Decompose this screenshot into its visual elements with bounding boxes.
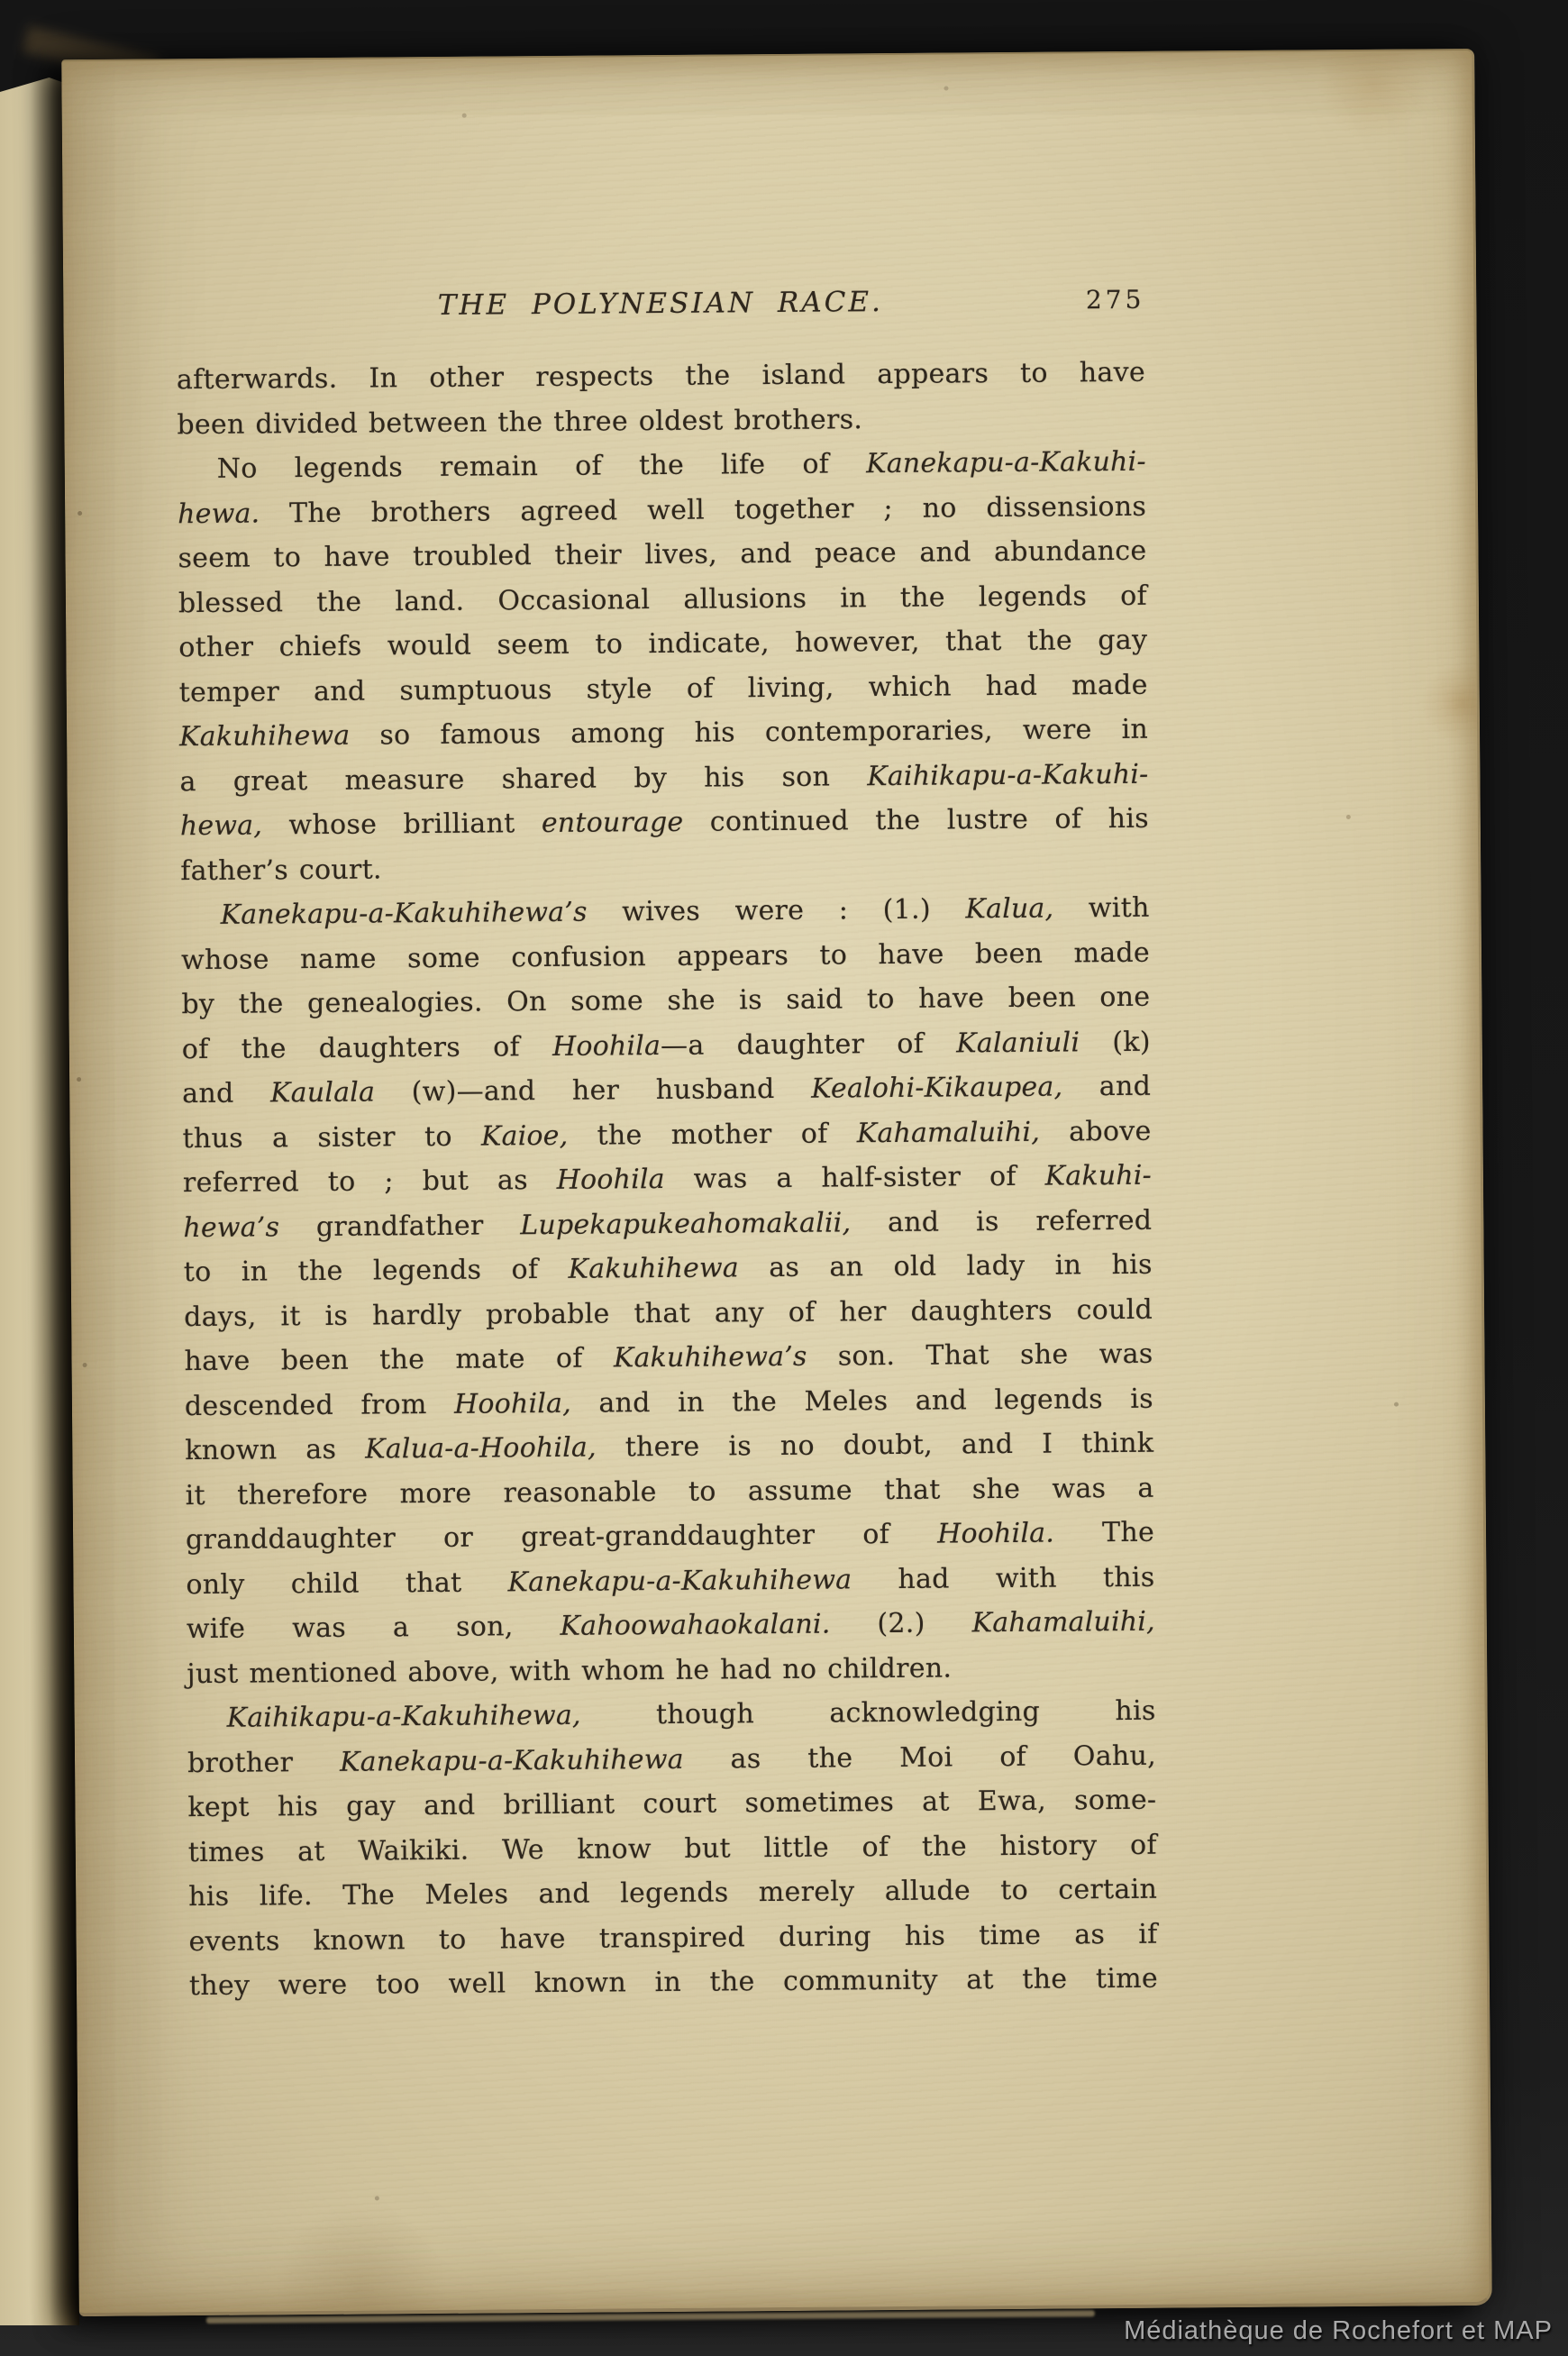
italic-text-segment: Hoohila <box>552 1030 661 1063</box>
italic-text-segment: Kealohi-Kikaupea, <box>811 1072 1062 1105</box>
text-line: hewa, whose brilliant entourage continue… <box>180 797 1149 849</box>
watermark-credit: Médiathèque de Rochefort et MAP <box>1124 2316 1553 2346</box>
text-segment: and <box>182 1077 270 1110</box>
text-segment: by the genealogies. On some she is said … <box>181 982 1150 1020</box>
text-segment: though acknowledging his <box>581 1695 1156 1731</box>
text-line: Kakuhihewa so famous among his contempor… <box>179 708 1148 760</box>
text-segment: it therefore more reasonable to assume t… <box>186 1472 1154 1511</box>
italic-text-segment: Hoohila, <box>454 1387 571 1420</box>
text-line: No legends remain of the life of Kanekap… <box>178 440 1146 492</box>
text-segment: other chiefs would seem to indicate, how… <box>178 625 1147 663</box>
italic-text-segment: Kaulala <box>270 1076 375 1109</box>
text-line: temper and sumptuous style of living, wh… <box>179 662 1148 715</box>
text-segment: above <box>1040 1115 1152 1147</box>
text-line: thus a sister to Kaioe, the mother of Ka… <box>182 1109 1151 1161</box>
text-segment: they were too well known in the communit… <box>189 1963 1158 2002</box>
text-segment: times at Waikiki. We know but little of … <box>188 1829 1157 1867</box>
italic-text-segment: Kahamaluihi, <box>857 1116 1040 1149</box>
italic-text-segment: Kalua, <box>965 893 1053 926</box>
text-line: known as Kalua-a-Hoohila, there is no do… <box>185 1421 1153 1474</box>
text-segment: seem to have troubled their lives, and p… <box>178 535 1146 574</box>
text-line: times at Waikiki. We know but little of … <box>188 1822 1157 1875</box>
text-segment: known as <box>185 1434 365 1467</box>
text-segment: days, it is hardly probable that any of … <box>184 1293 1153 1332</box>
text-segment: (2.) <box>830 1607 971 1639</box>
page-number: 275 <box>1086 285 1145 315</box>
text-segment: —a daughter of <box>661 1027 956 1062</box>
text-line: a great measure shared by his son Kaihik… <box>179 752 1148 804</box>
italic-text-segment: Kakuhihewa <box>179 720 351 753</box>
text-segment: as the Moi of Oahu, <box>684 1740 1157 1775</box>
text-segment: afterwards. In other respects the island… <box>177 357 1145 396</box>
text-line: afterwards. In other respects the island… <box>177 351 1145 403</box>
book-page: THE POLYNESIAN RACE. 275 afterwards. In … <box>61 49 1492 2316</box>
italic-text-segment: entourage <box>542 807 684 839</box>
text-line: by the genealogies. On some she is said … <box>181 975 1150 1027</box>
text-line: of the daughters of Hoohila—a daughter o… <box>182 1019 1151 1072</box>
text-line: other chiefs would seem to indicate, how… <box>178 618 1147 671</box>
text-line: only child that Kanekapu-a-Kakuhihewa ha… <box>186 1555 1154 1607</box>
text-segment: granddaughter or great-granddaughter of <box>186 1519 937 1557</box>
text-segment: so famous among his contemporaries, were… <box>350 714 1148 752</box>
text-line: hewa’s grandfather Lupekapukeahomakalii,… <box>183 1198 1152 1250</box>
italic-text-segment: Hoohila <box>557 1164 665 1196</box>
text-segment: the mother of <box>568 1118 857 1152</box>
text-segment: temper and sumptuous style of living, wh… <box>179 669 1148 708</box>
text-segment: thus a sister to <box>182 1120 481 1155</box>
text-segment: a great measure shared by his son <box>179 761 867 798</box>
italic-text-segment: Lupekapukeahomakalii, <box>520 1207 851 1241</box>
text-segment: have been the mate of <box>184 1342 614 1377</box>
page-title: THE POLYNESIAN RACE. <box>176 280 1144 327</box>
text-segment: and in the Meles and legends is <box>571 1383 1153 1419</box>
text-line: kept his gay and brilliant court sometim… <box>187 1778 1156 1831</box>
text-line: granddaughter or great-granddaughter of … <box>186 1511 1154 1563</box>
italic-text-segment: Kanekapu-a-Kakuhihewa’s <box>221 897 588 931</box>
italic-text-segment: hewa. <box>178 498 260 530</box>
text-segment: events known to have transpired during h… <box>188 1918 1157 1957</box>
italic-text-segment: Kahoowahaokalani. <box>560 1609 830 1642</box>
text-segment: father’s court. <box>180 854 382 887</box>
text-segment: No legends remain of the life of <box>217 448 867 485</box>
text-segment: brother <box>187 1746 340 1778</box>
text-segment: of the daughters of <box>182 1030 552 1064</box>
italic-text-segment: Kaihikapu-a-Kakuhi- <box>867 758 1148 791</box>
text-line: just mentioned above, with whom he had n… <box>187 1644 1155 1696</box>
paper-specks <box>61 61 64 64</box>
text-line: days, it is hardly probable that any of … <box>184 1287 1153 1339</box>
text-segment: and <box>1062 1071 1151 1103</box>
text-line: wife was a son, Kahoowahaokalani. (2.) K… <box>187 1600 1155 1652</box>
text-segment: with <box>1053 892 1150 925</box>
italic-text-segment: Kanekapu-a-Kakuhi- <box>866 446 1146 479</box>
text-line: seem to have troubled their lives, and p… <box>178 529 1146 581</box>
italic-text-segment: Hoohila. <box>937 1518 1054 1550</box>
italic-text-segment: Kanekapu-a-Kakuhihewa <box>507 1564 852 1598</box>
text-line: have been the mate of Kakuhihewa’s son. … <box>184 1332 1153 1384</box>
text-line: blessed the land. Occasional allusions i… <box>178 573 1147 626</box>
text-line: and Kaulala (w)—and her husband Kealohi-… <box>182 1064 1151 1117</box>
text-line: hewa. The brothers agreed well together … <box>178 484 1146 536</box>
text-segment: grandfather <box>279 1210 520 1243</box>
text-segment: had with this <box>852 1561 1154 1595</box>
text-segment: blessed the land. Occasional allusions i… <box>178 580 1147 618</box>
page-body-text: afterwards. In other respects the island… <box>177 351 1158 2009</box>
text-line: his life. The Meles and legends merely a… <box>188 1867 1157 1920</box>
text-segment: just mentioned above, with whom he had n… <box>187 1652 952 1690</box>
text-line: to in the legends of Kakuhihewa as an ol… <box>184 1243 1153 1295</box>
text-segment: (w)—and her husband <box>375 1073 811 1109</box>
text-segment: The <box>1054 1517 1154 1549</box>
text-line: Kanekapu-a-Kakuhihewa’s wives were : (1.… <box>180 886 1149 938</box>
text-segment: and is referred <box>851 1204 1152 1238</box>
italic-text-segment: Kalaniuli <box>956 1027 1080 1059</box>
text-segment: referred to ; but as <box>183 1164 557 1199</box>
text-segment: son. That she was <box>807 1338 1153 1373</box>
text-line: been divided between the three oldest br… <box>177 395 1145 447</box>
scan-background: THE POLYNESIAN RACE. 275 afterwards. In … <box>0 0 1568 2356</box>
text-line: events known to have transpired during h… <box>188 1912 1157 1964</box>
text-segment: his life. The Meles and legends merely a… <box>188 1874 1157 1913</box>
italic-text-segment: Kahamaluihi, <box>972 1606 1155 1639</box>
italic-text-segment: Kaioe, <box>481 1119 569 1152</box>
text-segment: wives were : (1.) <box>588 893 966 927</box>
text-segment: only child that <box>186 1566 507 1601</box>
text-segment: kept his gay and brilliant court sometim… <box>187 1785 1156 1823</box>
text-line: descended from Hoohila, and in the Meles… <box>185 1376 1153 1429</box>
text-line: whose name some confusion appears to hav… <box>181 930 1150 982</box>
italic-text-segment: Kaihikapu-a-Kakuhihewa, <box>227 1700 581 1734</box>
text-segment: (k) <box>1080 1026 1151 1058</box>
text-segment: The brothers agreed well together ; no d… <box>260 490 1146 529</box>
italic-text-segment: hewa, <box>180 809 262 842</box>
italic-text-segment: Kakuhihewa’s <box>614 1341 807 1374</box>
text-line: father’s court. <box>180 841 1149 893</box>
text-segment: to in the legends of <box>184 1254 569 1288</box>
text-segment: whose name some confusion appears to hav… <box>181 936 1150 975</box>
page-header: THE POLYNESIAN RACE. 275 <box>176 280 1144 334</box>
text-segment: descended from <box>185 1388 454 1421</box>
italic-text-segment: Kalua-a-Hoohila, <box>365 1432 597 1466</box>
italic-text-segment: Kakuhihewa <box>568 1252 739 1284</box>
text-segment: was a half-sister of <box>665 1161 1045 1195</box>
text-line: referred to ; but as Hoohila was a half-… <box>183 1154 1152 1206</box>
text-line: it therefore more reasonable to assume t… <box>186 1466 1154 1518</box>
text-line: Kaihikapu-a-Kakuhihewa, though acknowled… <box>187 1689 1155 1741</box>
text-segment: as an old lady in his <box>739 1249 1153 1284</box>
italic-text-segment: Kakuhi- <box>1045 1160 1153 1192</box>
text-segment: been divided between the three oldest br… <box>177 404 862 441</box>
text-segment: there is no doubt, and I think <box>597 1428 1154 1464</box>
text-segment: wife was a son, <box>187 1611 561 1645</box>
italic-text-segment: hewa’s <box>183 1211 279 1244</box>
text-line: they were too well known in the communit… <box>189 1957 1158 2009</box>
text-segment: whose brilliant <box>262 808 542 841</box>
text-line: brother Kanekapu-a-Kakuhihewa as the Moi… <box>187 1733 1156 1785</box>
text-segment: continued the lustre of his <box>683 803 1149 838</box>
italic-text-segment: Kanekapu-a-Kakuhihewa <box>340 1743 684 1777</box>
